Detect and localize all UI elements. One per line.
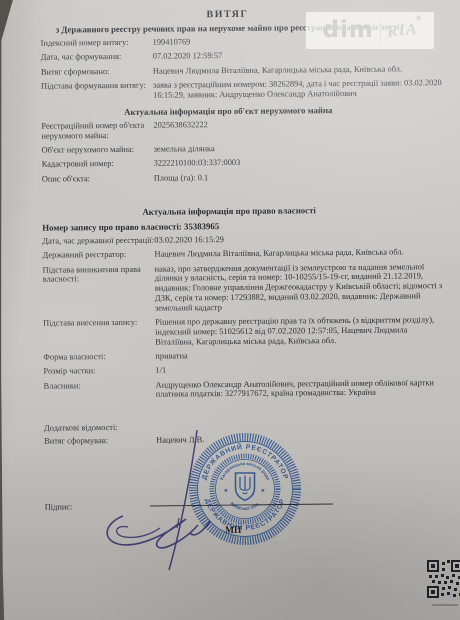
field-label-ownership-form: Форма власності:: [43, 352, 155, 363]
field-value-formation-date: 07.02.2020 12:59:57: [153, 49, 443, 61]
field-value-state-registrar: Нацевич Людмила Віталіївна, Кагарлицька …: [154, 247, 444, 259]
field-value-state-registration-date: 03.02.2020 16:15:29: [154, 233, 444, 245]
field-label-formed-by: Витяг сформовано:: [41, 66, 153, 77]
qr-caption-smudge: [432, 604, 458, 606]
field-value-object-type: земельна ділянка: [154, 142, 444, 154]
watermark-divider: [380, 18, 381, 44]
field-label-share-size: Розмір частки:: [43, 366, 155, 377]
qr-code: [427, 560, 460, 604]
field-label-state-registrar: Державний реєстратор:: [42, 250, 154, 261]
field-label-cadastral-number: Кадастровий номер:: [42, 159, 154, 170]
watermark-ria-logo: RIA✶: [386, 20, 418, 41]
object-info-fields: Реєстраційний номер об'єкта нерухомого м…: [41, 118, 444, 184]
watermark-dim-logo: dim: [323, 19, 374, 42]
field-label-state-registration-date: Дата, час державної реєстрації:: [42, 236, 154, 247]
field-value-formation-basis: заява з реєстраційним номером: 38262894,…: [153, 78, 443, 100]
field-label-index-number: Індексний номер витягу:: [41, 38, 153, 49]
field-label-registration-number: Реєстраційний номер об'єкта нерухомого м…: [41, 121, 153, 142]
signature-flourish: [107, 516, 210, 548]
watermark-star-icon: ✶: [414, 12, 424, 24]
field-label-object-type: Об'єкт нерухомого майна:: [42, 145, 154, 156]
field-value-formed-by: Нацевич Людмила Віталіївна, Кагарлицька …: [153, 64, 443, 76]
field-label-object-description: Опис об'єкта:: [42, 173, 154, 184]
field-value-share-size: 1/1: [155, 363, 445, 375]
field-value-cadastral-number: 3222210100:03:337:0003: [154, 157, 444, 169]
field-label-owners: Власники:: [44, 380, 156, 401]
field-label-ownership-origin-basis: Підстава виникнення права власності:: [43, 264, 155, 314]
field-label-formation-basis: Підстава формування витягу:: [41, 81, 153, 102]
section-heading-object-info: Актуальна інформація про об'єкт нерухомо…: [0, 104, 458, 118]
field-label-record-entry-basis: Підстава внесення запису:: [43, 318, 155, 348]
section-heading-ownership-info: Актуальна інформація про право власності: [0, 204, 459, 218]
stamp-place-mark: МП: [225, 526, 241, 536]
field-value-registration-number: 2025638632222: [153, 118, 443, 140]
field-label-formation-date: Дата, час формування:: [41, 52, 153, 63]
watermark-dimria: dim RIA✶: [306, 12, 434, 49]
signature-stroke-diagonal: [169, 430, 197, 570]
ownership-info-fields: Дата, час державної реєстрації: 03.02.20…: [42, 233, 445, 401]
signature-line: [150, 504, 333, 506]
field-value-ownership-form: приватна: [155, 349, 445, 361]
field-value-record-entry-basis: Рішення про державну реєстрацію прав та …: [155, 315, 445, 347]
document-page: ВИТЯГ з Державного реєстру речових прав …: [0, 0, 460, 620]
field-value-object-description: Площа (га): 0.1: [154, 171, 444, 183]
ownership-record-number: Номер запису про право власності: 353839…: [42, 219, 444, 233]
field-value-owners: Андрущенко Олександр Анатолійович, реєст…: [156, 378, 446, 400]
signature-loop: [117, 526, 160, 537]
handwritten-signature: [95, 420, 345, 580]
field-value-ownership-origin-basis: наказ, про затвердження документації із …: [155, 262, 445, 314]
